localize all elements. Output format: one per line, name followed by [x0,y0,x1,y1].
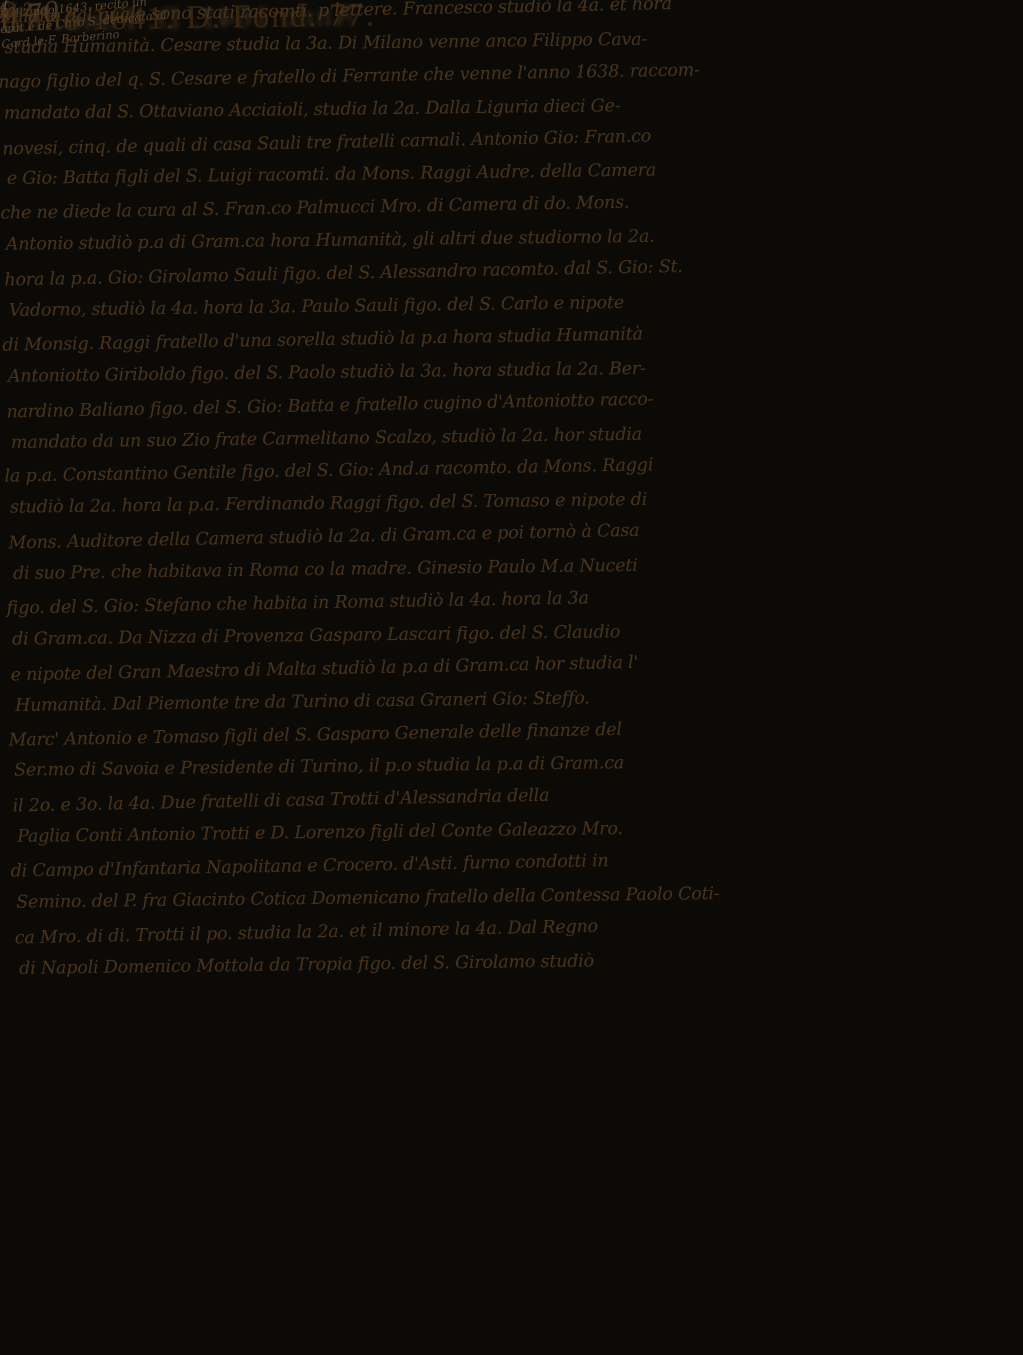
manuscript-closing-line: la 2.a [0,0,50,22]
manuscript-text-block: Milano dal quale sono stati racomti. p l… [0,0,719,987]
manuscript-scan: Anno 1641. D. Fond. 77. Anno 1641. D. Fo… [0,0,1023,1355]
